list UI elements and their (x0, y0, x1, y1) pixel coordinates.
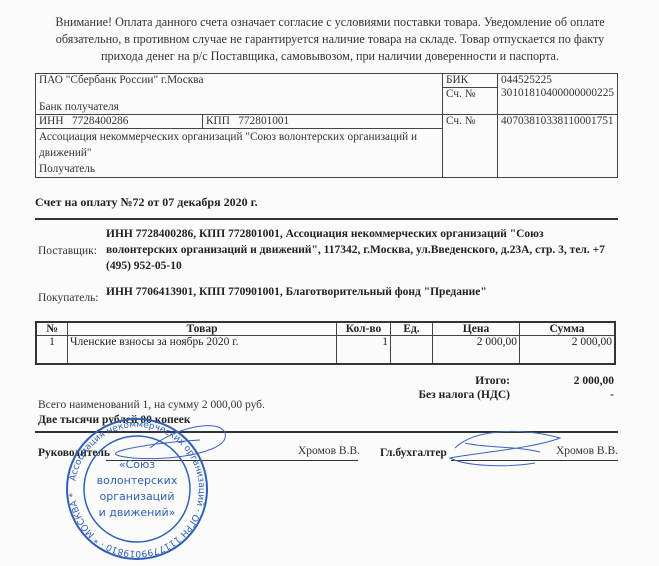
accountant-name: Хромов В.В. (556, 445, 618, 457)
recipient-name: Ассоциация некоммерческих организаций "С… (39, 129, 439, 161)
bank-name: ПАО "Сбербанк России" г.Москва (39, 74, 439, 87)
col-number: № (36, 322, 68, 336)
supplier-value: ИНН 7728400286, КПП 772801001, Ассоциаци… (106, 226, 618, 274)
svg-text:«Союз: «Союз (119, 458, 155, 471)
bank-name-cell: ПАО "Сбербанк России" г.Москва Банк полу… (36, 74, 443, 115)
col-qty: Кол-во (337, 322, 391, 336)
col-unit: Ед. (391, 322, 433, 336)
kpp-value: 772801001 (238, 115, 289, 127)
account-value-cell: 40703810338110001751 (498, 115, 618, 178)
items-summary: Всего наименований 1, на сумму 2 000,00 … (38, 399, 265, 411)
bank-label: Банк получателя (39, 101, 439, 114)
buyer-value: ИНН 7706413901, КПП 770901001, Благотвор… (106, 284, 618, 300)
bik-value-cell: 044525225 30101810400000000225 (498, 74, 618, 115)
inn-label: ИНН (39, 115, 63, 127)
col-product: Товар (68, 322, 337, 336)
bik-label: БИК (443, 74, 497, 88)
row-unit (391, 336, 433, 365)
head-name: Хромов В.В. (298, 445, 360, 457)
inn-value: 7728400286 (72, 115, 128, 127)
row-product: Членские взносы за ноябрь 2020 г. (68, 336, 337, 365)
svg-text:волонтерских: волонтерских (97, 474, 178, 487)
account-value: 40703810338110001751 (501, 115, 614, 128)
table-row: 1 Членские взносы за ноябрь 2020 г. 1 2 … (36, 336, 615, 365)
invoice-title: Счет на оплату №72 от 07 декабря 2020 г. (35, 195, 258, 210)
account-label-cell: Сч. № (443, 115, 498, 178)
items-table: № Товар Кол-во Ед. Цена Сумма 1 Членские… (35, 321, 616, 365)
bank-details-table: ПАО "Сбербанк России" г.Москва Банк полу… (35, 73, 618, 178)
kpp-cell: КПП 772801001 (203, 115, 443, 129)
vat-label: Без налога (НДС) (380, 387, 510, 403)
svg-text:Ассоциация некоммерческих орга: Ассоциация некоммерческих организаций · … (68, 420, 206, 558)
organization-stamp-icon: Ассоциация некоммерческих организаций · … (62, 418, 212, 560)
buyer-label: Покупатель: (38, 292, 99, 304)
corr-label: Сч. № (446, 88, 494, 101)
svg-text:организаций: организаций (100, 490, 175, 503)
corr-account-value: 30101810400000000225 (501, 87, 614, 100)
bik-value: 044525225 (501, 74, 614, 87)
row-sum: 2 000,00 (520, 336, 616, 365)
row-number: 1 (36, 336, 68, 365)
accountant-signature-icon (445, 428, 565, 478)
recipient-cell: Ассоциация некоммерческих организаций "С… (36, 129, 443, 178)
kpp-label: КПП (206, 115, 230, 127)
row-qty: 1 (337, 336, 391, 365)
col-sum: Сумма (520, 322, 616, 336)
vat-value: - (530, 387, 614, 403)
accountant-label: Гл.бухгалтер (380, 445, 447, 461)
svg-text:и движений»: и движений» (99, 506, 176, 519)
col-price: Цена (433, 322, 520, 336)
inn-cell: ИНН 7728400286 (36, 115, 203, 129)
items-header-row: № Товар Кол-во Ед. Цена Сумма (36, 322, 615, 336)
bik-label-cell: БИК Сч. № (443, 74, 498, 115)
supplier-label: Поставщик: (38, 245, 97, 257)
title-divider (35, 218, 618, 220)
payment-notice: Внимание! Оплата данного счета означает … (40, 14, 620, 65)
recipient-label: Получатель (39, 161, 439, 177)
account-label: Сч. № (446, 115, 494, 128)
row-price: 2 000,00 (433, 336, 520, 365)
